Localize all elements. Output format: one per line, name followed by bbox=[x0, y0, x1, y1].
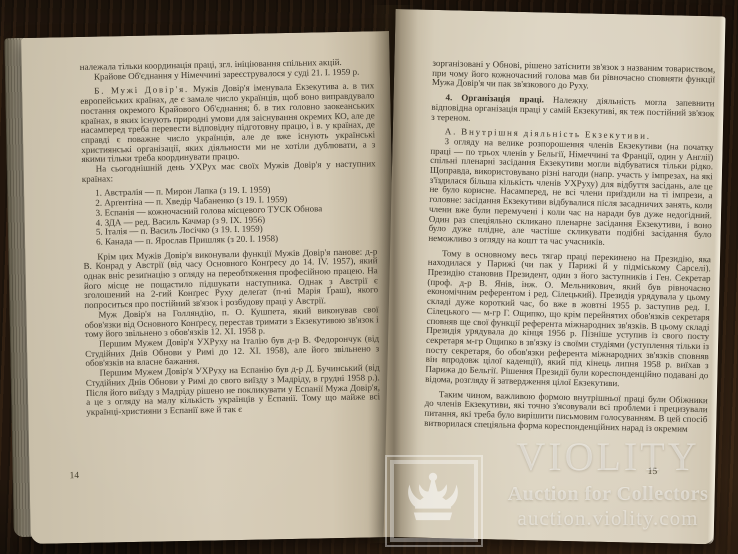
watermark-text: VIOLITY Auction for Collectors auction.v… bbox=[497, 432, 719, 531]
paragraph: Таким чином, важливою формою внутрішньої… bbox=[424, 389, 708, 434]
book-photo: належала тільки координація праці, згл. … bbox=[0, 0, 738, 554]
page-number-left: 14 bbox=[69, 471, 79, 481]
country-list: 1. Австралія — п. Мирон Лапка (з 19. І. … bbox=[82, 184, 377, 248]
watermark-tagline: Auction for Collectors bbox=[497, 482, 719, 506]
paragraph: З огляду на велике розпорошення членів Е… bbox=[428, 137, 713, 250]
watermark-url: auction.violity.com bbox=[497, 506, 719, 531]
paragraph: зорганізовані у Обнові, рішено затіснити… bbox=[432, 59, 716, 95]
right-page-text-column: зорганізовані у Обнові, рішено затіснити… bbox=[424, 59, 715, 435]
paragraph: Б. Мужі Довір'я. Мужів Довір'я іменувала… bbox=[80, 82, 375, 165]
paragraph: Першим Мужем Довір'я УХРуху на Еспанію б… bbox=[86, 363, 381, 417]
paragraph: 4. Організація праці. Належну діяльність… bbox=[431, 93, 715, 129]
book-page-left: належала тільки координація праці, згл. … bbox=[21, 31, 399, 544]
watermark-crown-frame bbox=[385, 455, 483, 547]
left-page-text-column: належала тільки координація праці, згл. … bbox=[80, 57, 381, 417]
paragraph: Тому в основному весь тягар праці переки… bbox=[425, 248, 711, 390]
watermark-brand: VIOLITY bbox=[497, 432, 719, 482]
paragraph: Крім цих Мужів Довір'я виконували функці… bbox=[83, 247, 378, 311]
paragraph: На сьогоднішній день УХРух має своїх Муж… bbox=[82, 159, 376, 184]
crown-icon bbox=[401, 467, 465, 531]
